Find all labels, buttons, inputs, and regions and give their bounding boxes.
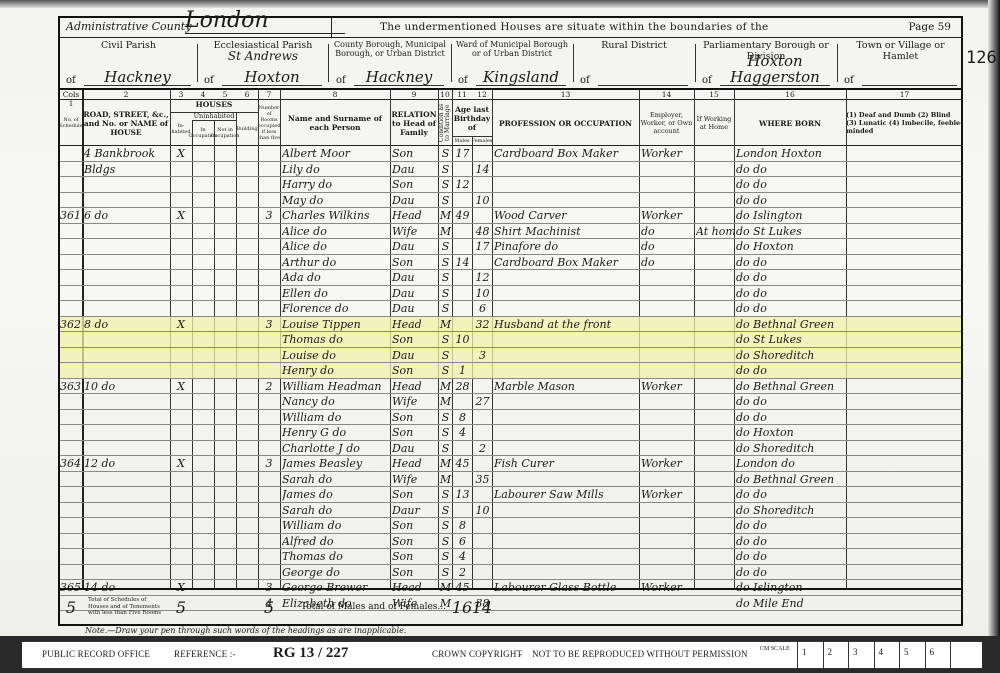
relation: Son <box>392 332 438 347</box>
rooms-count <box>258 146 280 161</box>
total-schedules: 5 <box>60 590 82 624</box>
table-row: 3628 doX3Louise TippenHeadM32Husband at … <box>60 317 961 333</box>
employment-status: Worker <box>641 379 694 394</box>
road-address <box>84 487 170 502</box>
road-address: Bldgs <box>84 162 170 177</box>
birthplace: do do <box>736 193 846 208</box>
age-female: 48 <box>473 224 492 239</box>
table-row: Nancy doWifeM27do do <box>60 394 961 410</box>
occupation <box>494 425 639 440</box>
employment-status <box>641 549 694 564</box>
occupation <box>494 518 639 533</box>
rooms-count <box>258 425 280 440</box>
relation: Wife <box>392 472 438 487</box>
birthplace: London Hoxton <box>736 146 846 161</box>
age-male: 8 <box>453 518 472 533</box>
condition: S <box>439 332 452 347</box>
age-male: 1 <box>453 363 472 378</box>
relation: Head <box>392 456 438 471</box>
rooms-count <box>258 441 280 456</box>
occupation <box>494 534 639 549</box>
age-female <box>473 177 492 192</box>
age-male <box>453 394 472 409</box>
occupation: Fish Curer <box>494 456 639 471</box>
working-at-home <box>696 301 734 316</box>
birthplace: do St Lukes <box>736 332 846 347</box>
road-address <box>84 425 170 440</box>
birthplace: do Hoxton <box>736 239 846 254</box>
age-female <box>473 208 492 223</box>
road-address: 6 do <box>84 208 170 223</box>
table-row: Ada doDauS12do do <box>60 270 961 286</box>
table-row: William doSonS8do do <box>60 410 961 426</box>
rooms-count <box>258 363 280 378</box>
road-address <box>84 518 170 533</box>
occupation <box>494 270 639 285</box>
municipal-borough: County Borough, Municipal Borough, or Ur… <box>330 40 450 88</box>
person-name: William do <box>282 410 390 425</box>
person-name: Alfred do <box>282 534 390 549</box>
employment-status <box>641 177 694 192</box>
birthplace: do St Lukes <box>736 224 846 239</box>
inhabited-mark <box>170 224 192 239</box>
employment-status <box>641 394 694 409</box>
archive-footer: PUBLIC RECORD OFFICE REFERENCE :- RG 13 … <box>22 641 982 669</box>
road-address: 4 Bankbrook <box>84 146 170 161</box>
person-name: Ada do <box>282 270 390 285</box>
employment-status: do <box>641 255 694 270</box>
age-female <box>473 487 492 502</box>
rural-district-value <box>598 85 688 86</box>
age-female: 6 <box>473 301 492 316</box>
relation: Head <box>392 317 438 332</box>
person-name: Albert Moor <box>282 146 390 161</box>
birthplace: do do <box>736 363 846 378</box>
admin-county-label: Administrative County <box>66 20 191 33</box>
occupation: Shirt Machinist <box>494 224 639 239</box>
employment-status <box>641 348 694 363</box>
age-female: 10 <box>473 503 492 518</box>
schedule-no <box>60 255 82 270</box>
inhabited-mark <box>170 425 192 440</box>
table-row: James doSonS13Labourer Saw MillsWorkerdo… <box>60 487 961 503</box>
inhabited-mark <box>170 177 192 192</box>
schedule-no <box>60 270 82 285</box>
inhabited-mark <box>170 239 192 254</box>
reference-label: REFERENCE :- <box>174 649 236 659</box>
totals-row: 5 Total of Schedules of Houses and of Te… <box>60 588 961 624</box>
road-address <box>84 255 170 270</box>
inhabited-mark <box>170 549 192 564</box>
schedule-no <box>60 472 82 487</box>
working-at-home <box>696 146 734 161</box>
civil-parish-value: Hackney <box>84 69 191 86</box>
condition: M <box>439 472 452 487</box>
relation: Dau <box>392 348 438 363</box>
census-form: Administrative County London The underme… <box>58 16 963 626</box>
column-headers: No. of Schedule ROAD, STREET, &c., and N… <box>60 100 961 146</box>
occupation <box>494 301 639 316</box>
relation: Son <box>392 549 438 564</box>
birthplace: do do <box>736 162 846 177</box>
inhabited-mark <box>170 193 192 208</box>
birthplace: do Islington <box>736 208 846 223</box>
rooms-count <box>258 177 280 192</box>
age-male <box>453 286 472 301</box>
inhabited-mark <box>170 348 192 363</box>
relation: Wife <box>392 224 438 239</box>
road-address <box>84 332 170 347</box>
road-address: 8 do <box>84 317 170 332</box>
table-row: William doSonS8do do <box>60 518 961 534</box>
relation: Son <box>392 177 438 192</box>
road-address <box>84 410 170 425</box>
person-name: George do <box>282 565 390 580</box>
occupation: Labourer Saw Mills <box>494 487 639 502</box>
office-name: PUBLIC RECORD OFFICE <box>42 649 150 659</box>
person-name: Arthur do <box>282 255 390 270</box>
person-name: James do <box>282 487 390 502</box>
age-male <box>453 317 472 332</box>
working-at-home <box>696 394 734 409</box>
total-males: 16 <box>452 590 472 624</box>
condition: S <box>439 162 452 177</box>
age-male <box>453 348 472 363</box>
schedule-no <box>60 239 82 254</box>
header-age: Age last Birthday of <box>452 100 492 136</box>
inhabited-mark <box>170 286 192 301</box>
scale-mark: 6 <box>925 642 950 669</box>
census-page-scan: 126 Administrative County London The und… <box>0 0 1000 636</box>
occupation <box>494 394 639 409</box>
working-at-home <box>696 239 734 254</box>
road-address <box>84 270 170 285</box>
table-row: May doDauS10do do <box>60 193 961 209</box>
rooms-count <box>258 487 280 502</box>
road-address <box>84 286 170 301</box>
road-address <box>84 301 170 316</box>
inhabited-mark <box>170 301 192 316</box>
working-at-home <box>696 441 734 456</box>
schedule-no <box>60 441 82 456</box>
road-address <box>84 363 170 378</box>
employment-status <box>641 363 694 378</box>
inhabited-mark <box>170 565 192 580</box>
working-at-home <box>696 379 734 394</box>
birthplace: do Shoreditch <box>736 503 846 518</box>
age-female <box>473 146 492 161</box>
table-row: Alice doDauS17Pinafore dododo Hoxton <box>60 239 961 255</box>
road-address <box>84 348 170 363</box>
employment-status <box>641 317 694 332</box>
road-address: 12 do <box>84 456 170 471</box>
age-female <box>473 565 492 580</box>
admin-county-value: London <box>185 8 345 34</box>
schedule-no: 361 <box>60 208 82 223</box>
age-female: 2 <box>473 441 492 456</box>
age-male: 28 <box>453 379 472 394</box>
table-row: Ellen doDauS10do do <box>60 286 961 302</box>
employment-status <box>641 410 694 425</box>
condition: S <box>439 534 452 549</box>
rooms-count <box>258 394 280 409</box>
table-row: Sarah doWifeM35do Bethnal Green <box>60 472 961 488</box>
employment-status <box>641 441 694 456</box>
table-row: BldgsLily doDauS14do do <box>60 162 961 178</box>
age-male: 49 <box>453 208 472 223</box>
working-at-home <box>696 162 734 177</box>
schedule-no <box>60 162 82 177</box>
relation: Daur <box>392 503 438 518</box>
road-address <box>84 441 170 456</box>
header-employer: Employer, Worker, or Own account <box>639 100 694 146</box>
table-row: Henry G doSonS4do Hoxton <box>60 425 961 441</box>
rooms-count <box>258 224 280 239</box>
rooms-count <box>258 239 280 254</box>
road-address <box>84 394 170 409</box>
condition: S <box>439 193 452 208</box>
occupation <box>494 332 639 347</box>
age-female <box>473 410 492 425</box>
age-female: 27 <box>473 394 492 409</box>
working-at-home <box>696 565 734 580</box>
schedule-no <box>60 565 82 580</box>
schedule-no: 362 <box>60 317 82 332</box>
age-male: 13 <box>453 487 472 502</box>
schedule-no <box>60 518 82 533</box>
rooms-count <box>258 410 280 425</box>
person-name: William Headman <box>282 379 390 394</box>
rooms-count <box>258 332 280 347</box>
employment-status: do <box>641 239 694 254</box>
occupation: Pinafore do <box>494 239 639 254</box>
age-female: 3 <box>473 348 492 363</box>
page-number: Page 59 <box>909 21 952 33</box>
employment-status <box>641 565 694 580</box>
road-address <box>84 224 170 239</box>
employment-status: Worker <box>641 208 694 223</box>
civil-parish: Civil Parish of Hackney <box>60 40 197 88</box>
age-male <box>453 472 472 487</box>
road-address <box>84 193 170 208</box>
relation: Son <box>392 518 438 533</box>
table-row: Sarah doDaurS10do Shoreditch <box>60 503 961 519</box>
birthplace: do do <box>736 534 846 549</box>
person-name: Lily do <box>282 162 390 177</box>
header-name: Name and Surname of each Person <box>280 100 390 146</box>
relation: Son <box>392 534 438 549</box>
age-male <box>453 239 472 254</box>
working-at-home <box>696 193 734 208</box>
age-male: 45 <box>453 456 472 471</box>
rooms-count: 3 <box>258 317 280 332</box>
working-at-home <box>696 456 734 471</box>
condition: S <box>439 348 452 363</box>
condition: S <box>439 301 452 316</box>
person-name: James Beasley <box>282 456 390 471</box>
condition: S <box>439 146 452 161</box>
age-male <box>453 193 472 208</box>
person-name: Alice do <box>282 224 390 239</box>
schedule-no <box>60 363 82 378</box>
age-female <box>473 534 492 549</box>
scale-mark: 3 <box>848 642 873 669</box>
header-rooms: Number of Rooms occupied if less than fi… <box>258 100 280 146</box>
working-at-home <box>696 534 734 549</box>
occupation <box>494 193 639 208</box>
working-at-home <box>696 332 734 347</box>
condition: S <box>439 410 452 425</box>
inhabited-mark <box>170 162 192 177</box>
schedule-no <box>60 534 82 549</box>
relation: Head <box>392 379 438 394</box>
schedule-no: 363 <box>60 379 82 394</box>
age-male <box>453 441 472 456</box>
occupation: Cardboard Box Maker <box>494 146 639 161</box>
relation: Son <box>392 425 438 440</box>
town-village: Town or Village or Hamlet of <box>838 40 963 88</box>
ecclesiastical-parish: Ecclesiastical Parish St Andrews of Hoxt… <box>198 40 328 88</box>
working-at-home <box>696 410 734 425</box>
rooms-count <box>258 301 280 316</box>
rooms-count <box>258 472 280 487</box>
parliamentary-division-value: Hoxton Haggerston <box>720 53 830 86</box>
condition: S <box>439 487 452 502</box>
schedule-no <box>60 193 82 208</box>
reproduction-notice: NOT TO BE REPRODUCED WITHOUT PERMISSION <box>532 649 748 659</box>
divider <box>331 18 332 38</box>
birthplace: London do <box>736 456 846 471</box>
road-address <box>84 534 170 549</box>
age-female: 12 <box>473 270 492 285</box>
schedule-no <box>60 286 82 301</box>
folio-number: 126 <box>966 48 997 68</box>
age-female <box>473 549 492 564</box>
header-age-males: Males <box>452 136 472 146</box>
person-name: Louise Tippen <box>282 317 390 332</box>
age-male: 2 <box>453 565 472 580</box>
rooms-count <box>258 162 280 177</box>
scale-mark: 2 <box>823 642 848 669</box>
condition: S <box>439 286 452 301</box>
district-row: Civil Parish of Hackney Ecclesiastical P… <box>60 38 961 90</box>
condition: S <box>439 503 452 518</box>
relation: Son <box>392 146 438 161</box>
person-name: Alice do <box>282 239 390 254</box>
birthplace: do Shoreditch <box>736 441 846 456</box>
table-row: Arthur doSonS14Cardboard Box Makerdodo d… <box>60 255 961 271</box>
road-address <box>84 239 170 254</box>
age-male <box>453 270 472 285</box>
person-name: Florence do <box>282 301 390 316</box>
age-male: 17 <box>453 146 472 161</box>
occupation <box>494 410 639 425</box>
rooms-count <box>258 565 280 580</box>
person-name: William do <box>282 518 390 533</box>
employment-status: Worker <box>641 487 694 502</box>
employment-status <box>641 270 694 285</box>
employment-status: Worker <box>641 146 694 161</box>
column-numbers: Cols 1 2 3 4 5 6 7 8 9 10 11 12 13 14 15… <box>60 90 961 100</box>
working-at-home <box>696 363 734 378</box>
age-female <box>473 518 492 533</box>
road-address <box>84 503 170 518</box>
age-male: 10 <box>453 332 472 347</box>
age-male: 4 <box>453 425 472 440</box>
working-at-home <box>696 518 734 533</box>
rooms-count <box>258 348 280 363</box>
condition: M <box>439 224 452 239</box>
age-male: 6 <box>453 534 472 549</box>
person-name: Nancy do <box>282 394 390 409</box>
copyright: CROWN COPYRIGHT <box>432 649 522 659</box>
inhabited-mark <box>170 534 192 549</box>
person-name: Henry G do <box>282 425 390 440</box>
inhabited-mark: X <box>170 317 192 332</box>
inhabited-mark <box>170 518 192 533</box>
header-where-born: WHERE BORN <box>734 100 846 146</box>
schedule-no <box>60 146 82 161</box>
relation: Son <box>392 363 438 378</box>
table-row: Alfred doSonS6do do <box>60 534 961 550</box>
table-row: 36412 doX3James BeasleyHeadM45Fish Curer… <box>60 456 961 472</box>
age-female: 32 <box>473 317 492 332</box>
schedule-no <box>60 394 82 409</box>
birthplace: do do <box>736 270 846 285</box>
table-row: Louise doDauS3do Shoreditch <box>60 348 961 364</box>
working-at-home: At home <box>696 224 734 239</box>
header-not-in-occupation: Not in Occupation <box>214 120 236 146</box>
occupation: Husband at the front <box>494 317 639 332</box>
table-row: 36310 doX2William HeadmanHeadM28Marble M… <box>60 379 961 395</box>
condition: M <box>439 208 452 223</box>
form-header: Administrative County London The underme… <box>60 18 961 38</box>
rooms-count <box>258 193 280 208</box>
relation: Dau <box>392 193 438 208</box>
birthplace: do do <box>736 255 846 270</box>
rooms-count: 3 <box>258 208 280 223</box>
schedule-no <box>60 332 82 347</box>
parliamentary-division: Parliamentary Borough or Division of Hox… <box>696 40 836 88</box>
person-name: Thomas do <box>282 549 390 564</box>
person-name: Harry do <box>282 177 390 192</box>
birthplace: do Bethnal Green <box>736 472 846 487</box>
condition: S <box>439 425 452 440</box>
condition: S <box>439 363 452 378</box>
birthplace: do Bethnal Green <box>736 317 846 332</box>
municipal-borough-value: Hackney <box>354 69 444 86</box>
birthplace: do do <box>736 565 846 580</box>
schedule-no <box>60 177 82 192</box>
working-at-home <box>696 503 734 518</box>
occupation: Marble Mason <box>494 379 639 394</box>
rooms-count: 3 <box>258 456 280 471</box>
age-male: 4 <box>453 549 472 564</box>
employment-status <box>641 518 694 533</box>
age-female: 35 <box>473 472 492 487</box>
person-name: Thomas do <box>282 332 390 347</box>
age-male: 14 <box>453 255 472 270</box>
birthplace: do do <box>736 487 846 502</box>
schedule-no <box>60 549 82 564</box>
relation: Son <box>392 255 438 270</box>
road-address: 10 do <box>84 379 170 394</box>
relation: Dau <box>392 286 438 301</box>
relation: Dau <box>392 239 438 254</box>
schedule-no <box>60 301 82 316</box>
table-row: Harry doSonS12do do <box>60 177 961 193</box>
birthplace: do do <box>736 518 846 533</box>
